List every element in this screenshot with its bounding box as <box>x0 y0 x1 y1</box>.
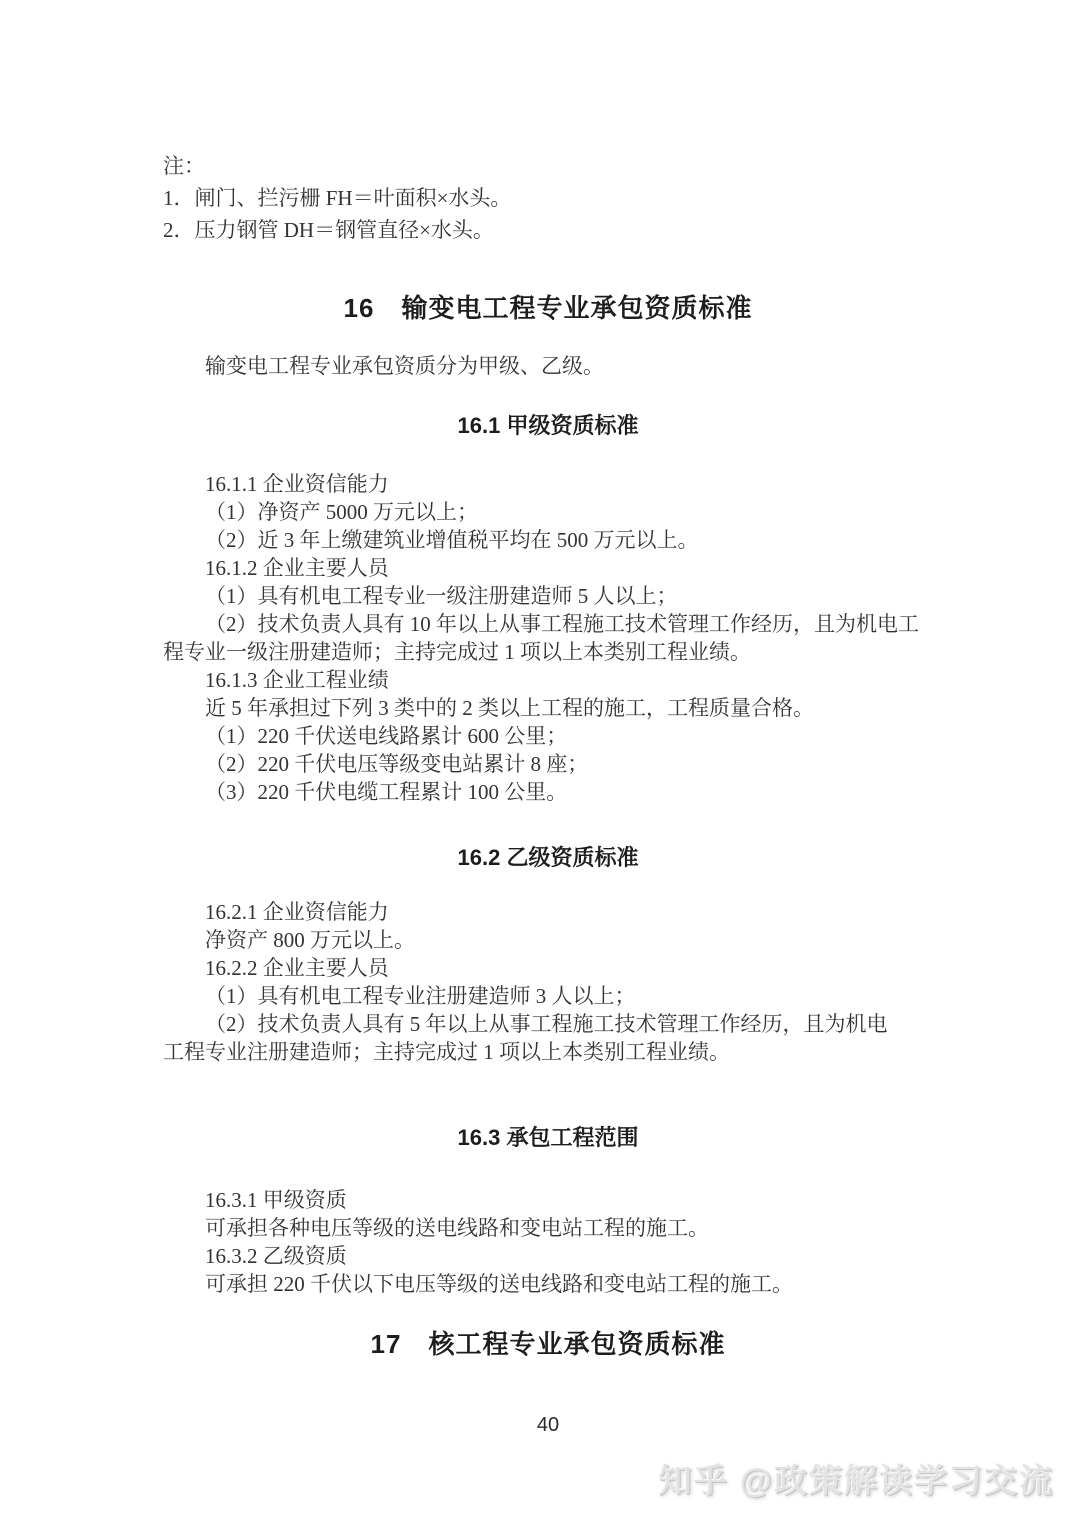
body-line: （2）技术负责人具有 5 年以上从事工程施工技术管理工作经历，且为机电 <box>163 1010 933 1038</box>
body-line: 可承担 220 千伏以下电压等级的送电线路和变电站工程的施工。 <box>163 1270 933 1298</box>
body-line: 净资产 800 万元以上。 <box>163 926 933 954</box>
subsection-16-3-body: 16.3.1 甲级资质 可承担各种电压等级的送电线路和变电站工程的施工。 16.… <box>163 1186 933 1298</box>
section-16-intro: 输变电工程专业承包资质分为甲级、乙级。 <box>163 352 933 380</box>
note-line-2: 2．压力钢管 DH＝钢管直径×水头。 <box>163 214 933 246</box>
body-line: 可承担各种电压等级的送电线路和变电站工程的施工。 <box>163 1214 933 1242</box>
notes-label: 注： <box>163 150 933 182</box>
body-line: （2）技术负责人具有 10 年以上从事工程施工技术管理工作经历，且为机电工 <box>163 610 933 638</box>
body-line: （1）具有机电工程专业一级注册建造师 5 人以上； <box>163 582 933 610</box>
body-line: （1）220 千伏送电线路累计 600 公里； <box>163 722 933 750</box>
body-line: （2）220 千伏电压等级变电站累计 8 座； <box>163 750 933 778</box>
body-line: （3）220 千伏电缆工程累计 100 公里。 <box>163 778 933 806</box>
body-line: 16.3.1 甲级资质 <box>163 1186 933 1214</box>
body-line: （1）净资产 5000 万元以上； <box>163 498 933 526</box>
body-line: 16.1.2 企业主要人员 <box>163 554 933 582</box>
body-line: 16.2.2 企业主要人员 <box>163 954 933 982</box>
notes-block: 注： 1．闸门、拦污栅 FH＝叶面积×水头。 2．压力钢管 DH＝钢管直径×水头… <box>163 150 933 246</box>
subsection-16-2-body: 16.2.1 企业资信能力 净资产 800 万元以上。 16.2.2 企业主要人… <box>163 898 933 1066</box>
body-line-continuation: 工程专业注册建造师；主持完成过 1 项以上本类别工程业绩。 <box>163 1038 933 1066</box>
section-17-heading: 17 核工程专业承包资质标准 <box>163 1324 933 1364</box>
page-number: 40 <box>163 1414 933 1437</box>
subsection-16-3-heading: 16.3 承包工程范围 <box>163 1122 933 1154</box>
note-line-1: 1．闸门、拦污栅 FH＝叶面积×水头。 <box>163 182 933 214</box>
body-line: 16.2.1 企业资信能力 <box>163 898 933 926</box>
body-line-continuation: 程专业一级注册建造师；主持完成过 1 项以上本类别工程业绩。 <box>163 638 933 666</box>
document-content: 注： 1．闸门、拦污栅 FH＝叶面积×水头。 2．压力钢管 DH＝钢管直径×水头… <box>163 0 933 1437</box>
subsection-16-1-heading: 16.1 甲级资质标准 <box>163 410 933 442</box>
watermark-text: 知乎 @政策解读学习交流 <box>659 1455 1054 1502</box>
body-line: （2）近 3 年上缴建筑业增值税平均在 500 万元以上。 <box>163 526 933 554</box>
section-16-heading: 16 输变电工程专业承包资质标准 <box>163 288 933 328</box>
body-line: 16.1.1 企业资信能力 <box>163 470 933 498</box>
body-line: 16.3.2 乙级资质 <box>163 1242 933 1270</box>
document-page: 注： 1．闸门、拦污栅 FH＝叶面积×水头。 2．压力钢管 DH＝钢管直径×水头… <box>0 0 1080 1527</box>
subsection-16-2-heading: 16.2 乙级资质标准 <box>163 842 933 874</box>
body-line: （1）具有机电工程专业注册建造师 3 人以上； <box>163 982 933 1010</box>
body-line: 16.1.3 企业工程业绩 <box>163 666 933 694</box>
subsection-16-1-body: 16.1.1 企业资信能力 （1）净资产 5000 万元以上； （2）近 3 年… <box>163 470 933 806</box>
body-line: 近 5 年承担过下列 3 类中的 2 类以上工程的施工，工程质量合格。 <box>163 694 933 722</box>
